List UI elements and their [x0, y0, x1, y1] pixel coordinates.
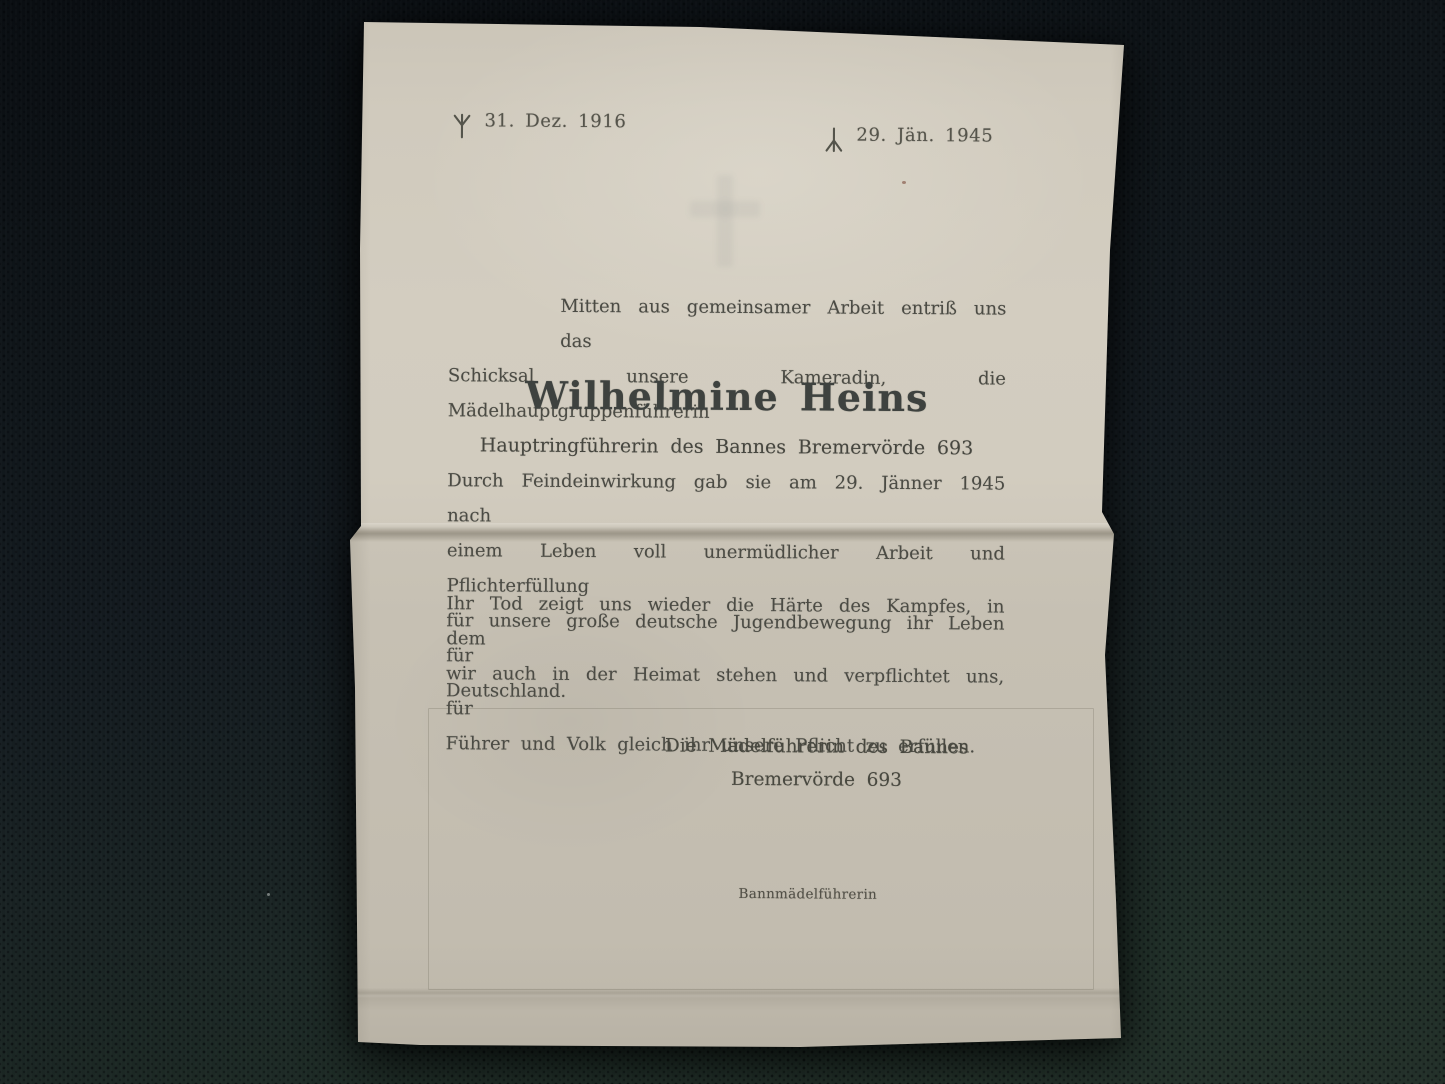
photo-scene: 31. Dez. 1916 29. Jän. 1945 Mitten	[0, 0, 1445, 1084]
card-content: 31. Dez. 1916 29. Jän. 1945 Mitten	[347, 16, 1139, 1055]
signed-role: Bannmädelführerin	[445, 882, 1003, 905]
document-paper: 31. Dez. 1916 29. Jän. 1945 Mitten	[350, 18, 1136, 1052]
signature-line: Die Mädelführerin des Bannes	[630, 729, 1004, 764]
intro-line: Mitten aus gemeinsamer Arbeit entriß uns…	[448, 288, 1006, 361]
signature-line: Bremervörde 693	[629, 762, 1003, 797]
deceased-name: Wilhelmine Heins	[448, 372, 1006, 420]
signature-block: Die Mädelführerin des Bannes Bremervörde…	[445, 728, 1003, 797]
fabric-speck	[267, 893, 270, 896]
text-column: Mitten aus gemeinsamer Arbeit entriß uns…	[444, 16, 1008, 1053]
paragraph-line: Durch Feindeinwirkung gab sie am 29. Jän…	[447, 463, 1005, 536]
paper-shadow-wrap: 31. Dez. 1916 29. Jän. 1945 Mitten	[350, 18, 1136, 1052]
deceased-rank-line: Hauptringführerin des Bannes Bremervörde…	[447, 432, 1005, 461]
paragraph-line: Ihr Tod zeigt uns wieder die Härte des K…	[446, 586, 1004, 659]
paragraph-line: wir auch in der Heimat stehen und verpfl…	[446, 656, 1004, 729]
